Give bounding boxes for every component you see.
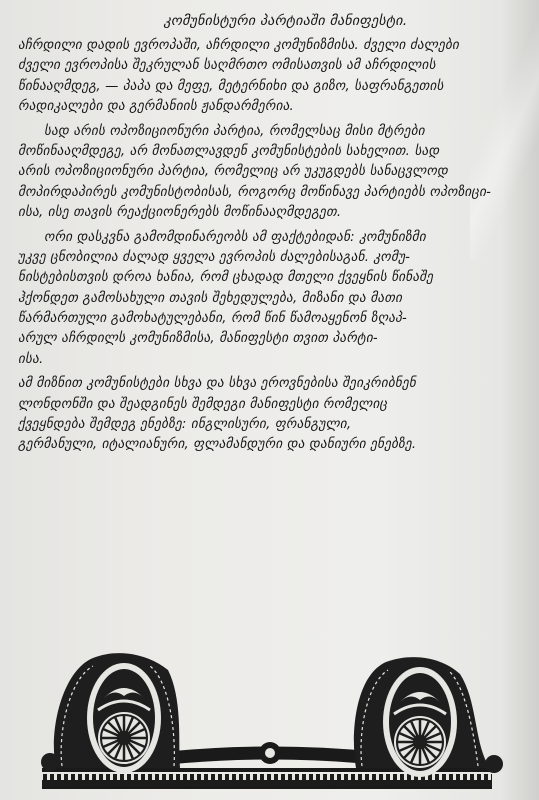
text-line: წარმართული გამოხატულებანი, რომ წინ წამოა… [18,309,523,329]
text-line: ისა, ისე თავის რეაქციონერებს მოწინააღმდე… [18,203,523,223]
left-medallion [41,653,180,773]
paragraph-4: ამ მიზნით კომუნისტები სხვა და სხვა ეროვნ… [18,374,523,456]
paragraph-1: აჩრდილი დადის ევროპაში, აჩრდილი კომუნიზმ… [18,36,523,118]
text-line: ნისტებისთვის დროა ხანია, რომ ცხადად მთელ… [18,268,523,288]
text-line: ისა. [18,350,523,370]
text-line: წინააღმდეგ, — პაპა და მეფე, მეტერნიხი და… [18,77,523,97]
text-line: მოწინააღმდეგე, არ მონათლავდენ კომუნისტებ… [18,142,523,162]
text-line: აჩრდილი დადის ევროპაში, აჩრდილი კომუნიზმ… [18,36,523,56]
text-line: ლონდონში და შეადგინეს შემდეგი მანიფესტი … [18,395,523,415]
text-line: არულ აჩრდილს კომუნიზმისა, მანიფესტი თვით… [18,329,523,349]
woodcut-ornament-icon [38,640,508,790]
right-medallion [354,657,503,777]
text-line: გერმანული, იტალიანური, ფლამანდური და დან… [18,435,523,455]
text-line: უკვე ცნობილია ძალად ყველა ევროპის ძალები… [18,248,523,268]
text-line: ქვეყნდება შემდეგ ენებზე: ინგლისური, ფრან… [18,415,523,435]
manuscript-text: კომუნისტური პარტიაში მანიფესტი. აჩრდილი … [18,8,523,456]
text-line: ძველი ევროპისა შეკრულან საღმრთო ომისათვი… [18,56,523,76]
paragraph-2: სად არის ოპოზიციონური პარტია, რომელსაც მ… [18,122,523,224]
text-line: მოპირდაპირეს კომუნისტობისას, როგორც მოწი… [18,183,523,203]
text-line: სად არის ოპოზიციონური პარტია, რომელსაც მ… [18,122,523,142]
document-title: კომუნისტური პარტიაში მანიფესტი. [18,8,523,34]
text-line: ორი დასკვნა გამომდინარეობს ამ ფაქტებიდან… [18,228,523,248]
text-line: რადიკალები და გერმანიის ჟანდარმერია. [18,97,523,117]
text-line: არის ოპოზიციონური პარტია, რომელიც არ უკუ… [18,162,523,182]
paragraph-3: ორი დასკვნა გამომდინარეობს ამ ფაქტებიდან… [18,228,523,371]
text-line: ჰქონდეთ გამოსახული თავის შეხედულება, მიზ… [18,289,523,309]
text-line: ამ მიზნით კომუნისტები სხვა და სხვა ეროვნ… [18,374,523,394]
